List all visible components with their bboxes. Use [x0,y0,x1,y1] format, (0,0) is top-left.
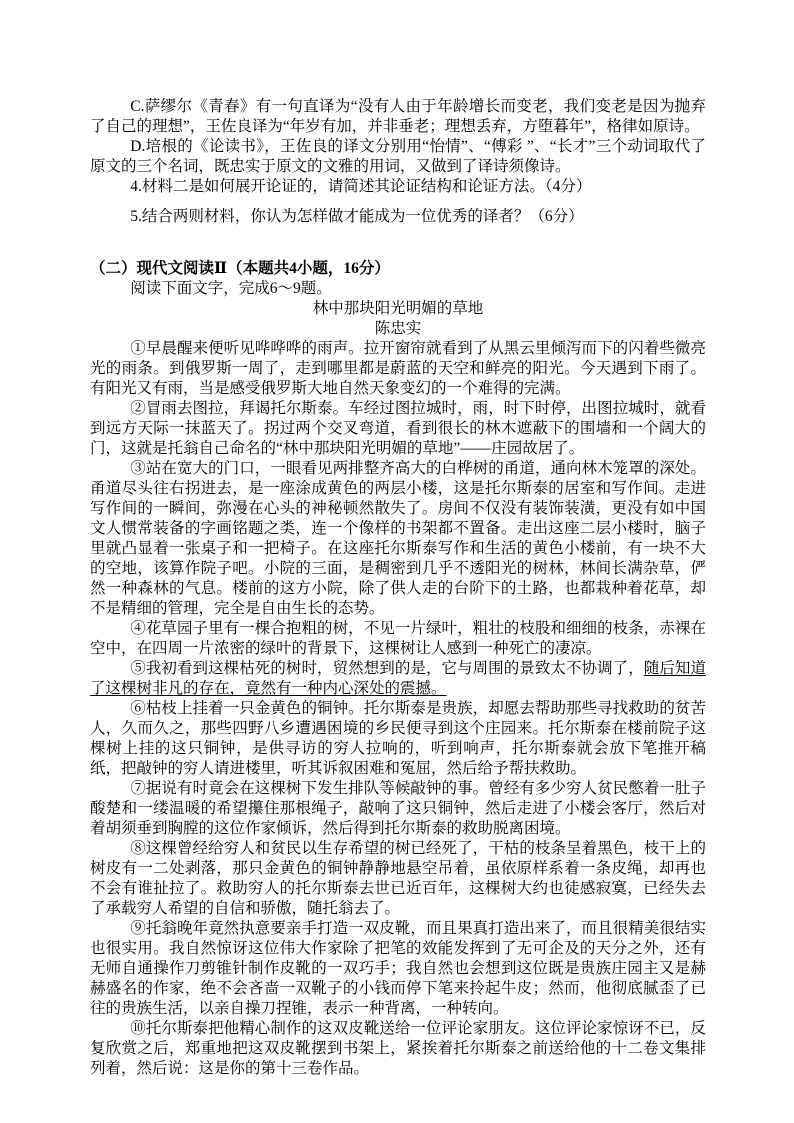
paragraph-text: ⑤我初看到这棵枯死的树时，贸然想到的是，它与周围的景致太不协调了， [130,660,644,677]
question-5-line: 5.结合两则材料，你认为怎样做才能成为一位优秀的译者？（6分） [90,207,706,227]
passage-author: 陈忠实 [90,319,706,339]
passage-paragraph-3: ③站在宽大的门口，一眼看见两排整齐高大的白桦树的甬道，通向林木笼罩的深处。甬道尽… [90,459,706,619]
paragraph-text: ④花草园子里有一棵合抱粗的树，不见一片绿叶，粗壮的枝股和细细的枝条，赤裸在空中，… [90,620,706,657]
question-4-line: 4.材料二是如何展开论证的，请简述其论证结构和论证方法。（4分） [90,177,706,197]
passage-paragraph-5: ⑤我初看到这棵枯死的树时，贸然想到的是，它与周围的景致太不协调了，随后知道了这棵… [90,659,706,699]
passage-title: 林中那块阳光明媚的草地 [90,299,706,319]
option-c-line: C.萨缪尔《青春》有一句直译为“没有人由于年龄增长而变老，我们变老是因为抛弃了自… [90,97,706,137]
paragraph-text: ⑧这棵曾经给穷人和贫民以生存希望的树已经死了，干枯的枝条呈着黑色，枝干上的树皮有… [90,840,706,917]
passage-paragraph-9: ⑨托翁晚年竟然执意要亲手打造一双皮靴，而且果真打造出来了，而且很精美很结实也很实… [90,919,706,1019]
passage-paragraph-1: ①早晨醒来便听见哗哗哗的雨声。拉开窗帘就看到了从黑云里倾泻而下的闪着些微亮光的雨… [90,339,706,399]
paragraph-text: ③站在宽大的门口，一眼看见两排整齐高大的白桦树的甬道，通向林木笼罩的深处。甬道尽… [90,460,706,617]
paragraph-text: ⑩托尔斯泰把他精心制作的这双皮靴送给一位评论家朋友。这位评论家惊讶不已，反复欣赏… [90,1020,706,1077]
passage-paragraph-7: ⑦据说有时竟会在这棵树下发生排队等候敲钟的事。曾经有多少穷人贫民憋着一肚子酸楚和… [90,779,706,839]
passage-paragraph-10: ⑩托尔斯泰把他精心制作的这双皮靴送给一位评论家朋友。这位评论家惊讶不已，反复欣赏… [90,1019,706,1079]
paragraph-text: ①早晨醒来便听见哗哗哗的雨声。拉开窗帘就看到了从黑云里倾泻而下的闪着些微亮光的雨… [90,340,706,397]
paragraph-text: ⑨托翁晚年竟然执意要亲手打造一双皮靴，而且果真打造出来了，而且很精美很结实也很实… [90,920,706,1017]
passage-paragraph-6: ⑥枯枝上挂着一只金黄色的铜钟。托尔斯泰是贵族，却愿去帮助那些寻找救助的贫苦人，久… [90,699,706,779]
passage-paragraph-4: ④花草园子里有一棵合抱粗的树，不见一片绿叶，粗壮的枝股和细细的枝条，赤裸在空中，… [90,619,706,659]
section-heading: （二）现代文阅读Ⅱ（本题共4小题，16分） [90,259,706,279]
reading-instruction: 阅读下面文字，完成6～9题。 [90,279,706,299]
paragraph-text: ②冒雨去图拉，拜谒托尔斯泰。车经过图拉城时，雨，时下时停，出图拉城时，就看到远方… [90,400,706,457]
passage-paragraph-2: ②冒雨去图拉，拜谒托尔斯泰。车经过图拉城时，雨，时下时停，出图拉城时，就看到远方… [90,399,706,459]
exam-document-page: C.萨缪尔《青春》有一句直译为“没有人由于年龄增长而变老，我们变老是因为抛弃了自… [0,0,794,1123]
passage-paragraph-8: ⑧这棵曾经给穷人和贫民以生存希望的树已经死了，干枯的枝条呈着黑色，枝干上的树皮有… [90,839,706,919]
option-d-line: D.培根的《论读书》，王佐良的译文分别用“怡情”、“傅彩 ”、“长才”三个动词取… [90,137,706,177]
paragraph-text: ⑦据说有时竟会在这棵树下发生排队等候敲钟的事。曾经有多少穷人贫民憋着一肚子酸楚和… [90,780,706,837]
paragraph-text: ⑥枯枝上挂着一只金黄色的铜钟。托尔斯泰是贵族，却愿去帮助那些寻找救助的贫苦人，久… [90,700,706,777]
